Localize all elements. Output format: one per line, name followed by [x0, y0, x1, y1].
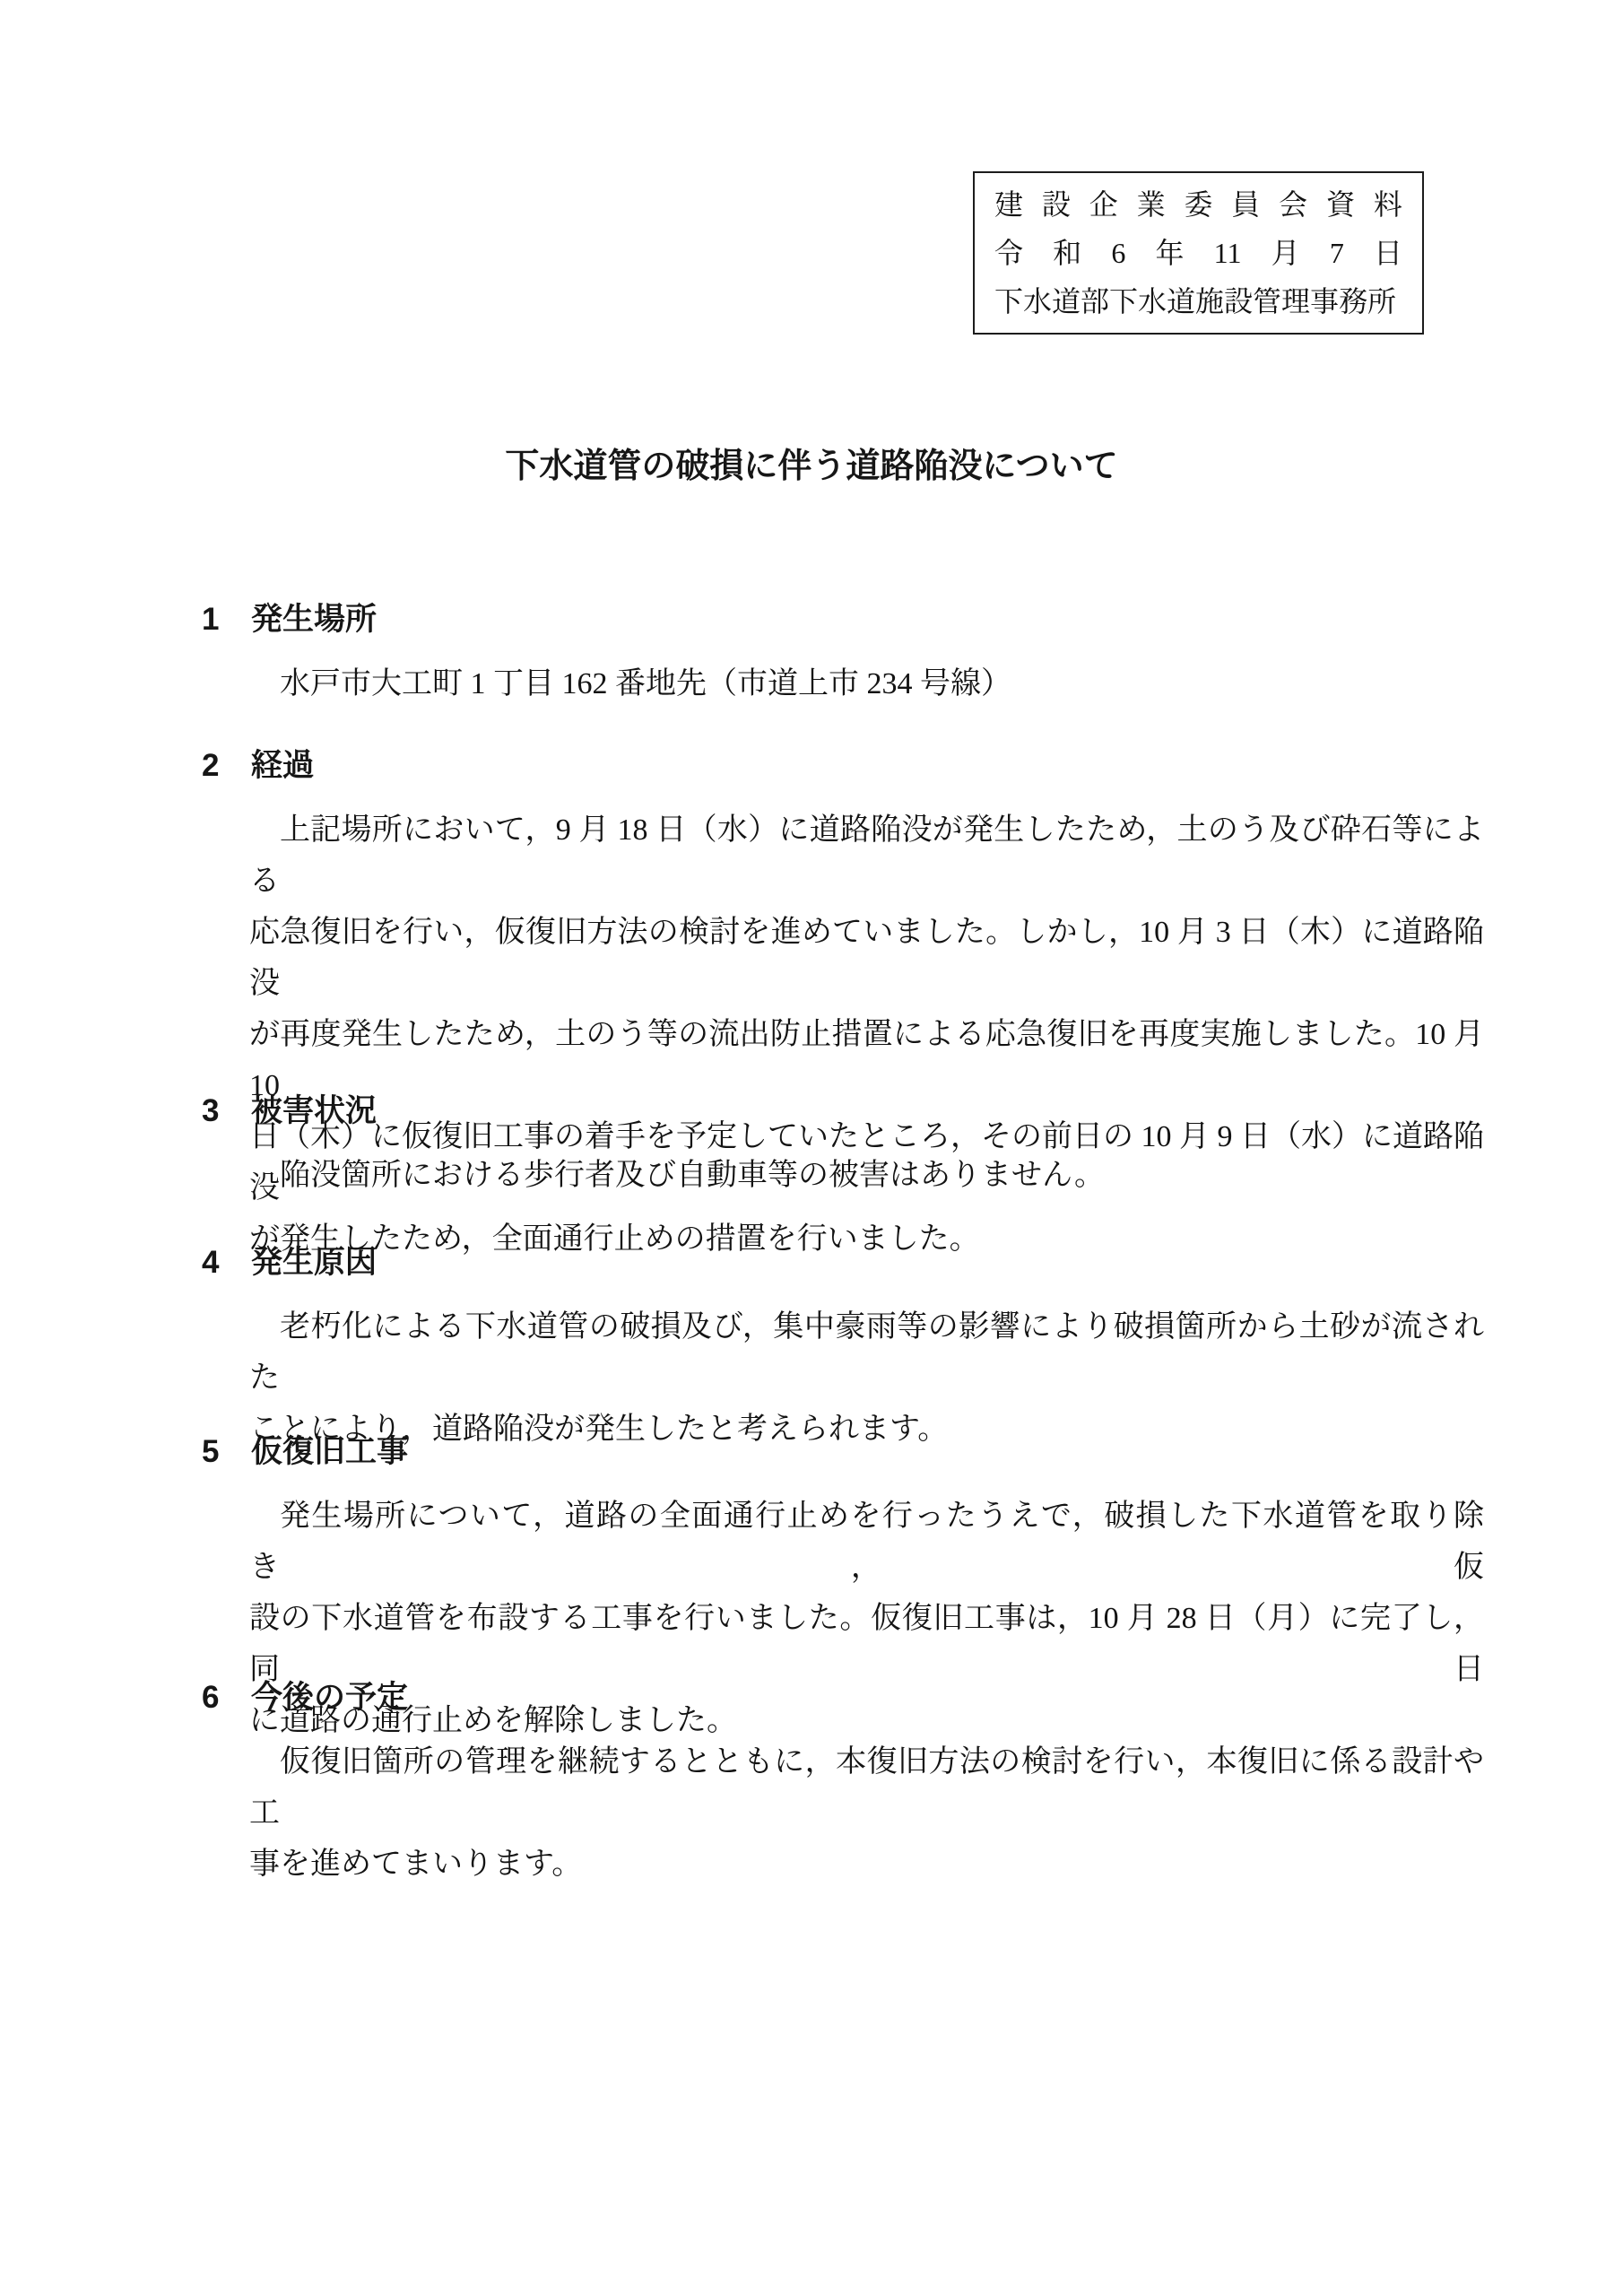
- committee-info-box: 建設企業委員会資料 令和6年11月7日 下水道部下水道施設管理事務所: [973, 171, 1424, 335]
- document-date-char: 6: [1111, 235, 1125, 271]
- section-heading: 5仮復旧工事: [0, 1433, 1623, 1471]
- text-line: 水戸市大工町 1 丁目 162 番地先（市道上市 234 号線）: [249, 658, 1484, 709]
- document-date-char: 7: [1330, 235, 1344, 271]
- text-line: 老朽化による下水道管の破損及び，集中豪雨等の影響により破損箇所から土砂が流された: [249, 1301, 1484, 1404]
- section-future-plans: 6今後の予定 仮復旧箇所の管理を継続するとともに，本復旧方法の検討を行い，本復旧…: [0, 1679, 1623, 1890]
- committee-name-char: 業: [1137, 187, 1166, 222]
- section-heading-label: 発生原因: [251, 1245, 377, 1280]
- section-occurrence-location: 1発生場所 水戸市大工町 1 丁目 162 番地先（市道上市 234 号線）: [0, 601, 1623, 709]
- committee-name-char: 会: [1279, 187, 1307, 222]
- section-body: 陥没箇所における歩行者及び自動車等の被害はありません。: [249, 1150, 1484, 1201]
- document-date-char: 日: [1374, 235, 1402, 271]
- section-heading-label: 今後の予定: [251, 1680, 408, 1715]
- document-date-char: 年: [1156, 235, 1185, 271]
- section-body: 老朽化による下水道管の破損及び，集中豪雨等の影響により破損箇所から土砂が流された…: [249, 1301, 1484, 1455]
- section-body: 仮復旧箇所の管理を継続するとともに，本復旧方法の検討を行い，本復旧に係る設計や工…: [249, 1736, 1484, 1890]
- committee-name-line: 建設企業委員会資料: [994, 187, 1402, 222]
- section-heading-label: 仮復旧工事: [251, 1434, 408, 1469]
- committee-name-char: 設: [1042, 187, 1071, 222]
- committee-name-char: 企: [1089, 187, 1118, 222]
- section-heading: 6今後の予定: [0, 1679, 1623, 1717]
- text-line: 上記場所において，9 月 18 日（水）に道路陥没が発生したため，土のう及び砕石…: [249, 804, 1484, 907]
- document-date-char: 月: [1271, 235, 1300, 271]
- section-damage-status: 3被害状況 陥没箇所における歩行者及び自動車等の被害はありません。: [0, 1092, 1623, 1201]
- section-number: 3: [202, 1092, 251, 1130]
- section-heading: 1発生場所: [0, 601, 1623, 639]
- text-line: 事を進めてまいります。: [249, 1839, 1484, 1890]
- text-line: 陥没箇所における歩行者及び自動車等の被害はありません。: [249, 1150, 1484, 1201]
- section-heading: 4発生原因: [0, 1244, 1623, 1282]
- text-line: 発生場所について，道路の全面通行止めを行ったうえで，破損した下水道管を取り除き，…: [249, 1491, 1484, 1593]
- document-date-char: 令: [994, 235, 1023, 271]
- section-number: 6: [202, 1679, 251, 1717]
- document-date-line: 令和6年11月7日: [994, 235, 1402, 271]
- section-cause: 4発生原因 老朽化による下水道管の破損及び，集中豪雨等の影響により破損箇所から土…: [0, 1244, 1623, 1455]
- committee-name-char: 委: [1184, 187, 1212, 222]
- text-line: 仮復旧箇所の管理を継続するとともに，本復旧方法の検討を行い，本復旧に係る設計や工: [249, 1736, 1484, 1839]
- committee-name-char: 資: [1326, 187, 1355, 222]
- text-line: 応急復旧を行い，仮復旧方法の検討を進めていました。しかし，10 月 3 日（木）…: [249, 907, 1484, 1009]
- document-page: { "page": { "header_box": { "committee_l…: [0, 0, 1623, 2296]
- committee-name-char: 員: [1231, 187, 1260, 222]
- section-heading-label: 発生場所: [251, 602, 377, 637]
- section-heading-label: 被害状況: [251, 1093, 377, 1128]
- section-body: 水戸市大工町 1 丁目 162 番地先（市道上市 234 号線）: [249, 658, 1484, 709]
- document-date-char: 和: [1053, 235, 1081, 271]
- section-heading-label: 経過: [251, 748, 314, 783]
- section-number: 1: [202, 601, 251, 639]
- section-number: 4: [202, 1244, 251, 1282]
- section-heading: 2経過: [0, 747, 1623, 785]
- committee-name-char: 建: [994, 187, 1023, 222]
- section-heading: 3被害状況: [0, 1092, 1623, 1130]
- document-title: 下水道管の破損に伴う道路陥没について: [0, 444, 1623, 489]
- section-number: 2: [202, 747, 251, 785]
- document-date-char: 11: [1214, 235, 1242, 271]
- committee-name-char: 料: [1374, 187, 1402, 222]
- issuing-office-line: 下水道部下水道施設管理事務所: [994, 283, 1402, 319]
- section-number: 5: [202, 1433, 251, 1471]
